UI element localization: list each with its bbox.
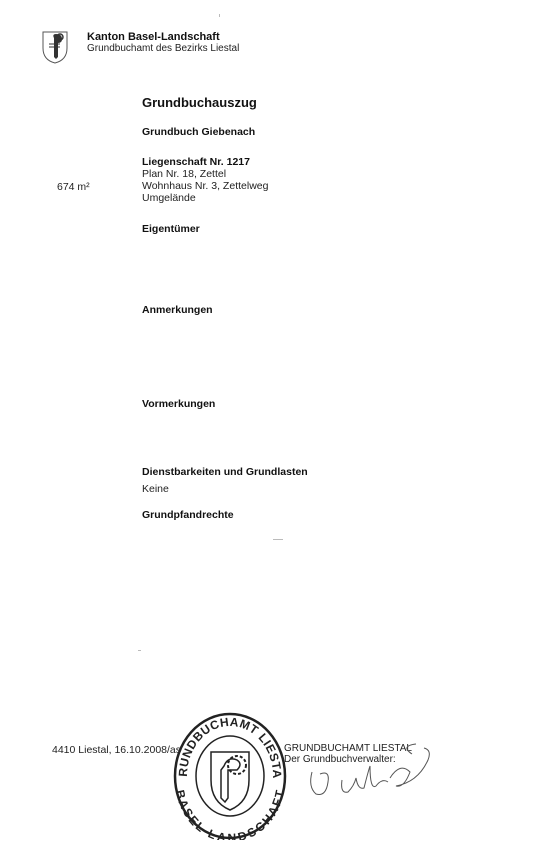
svg-text:BASEL-LANDSCHAFT: BASEL-LANDSCHAFT	[173, 788, 287, 840]
property-building: Wohnhaus Nr. 3, Zettelweg	[142, 180, 268, 192]
property-plan: Plan Nr. 18, Zettel	[142, 168, 268, 180]
dienstbarkeiten-content: Keine	[142, 483, 169, 495]
document-title: Grundbuchauszug	[142, 95, 257, 110]
property-heading: Liegenschaft Nr. 1217	[142, 156, 268, 168]
scan-speck	[138, 650, 141, 651]
office-name: Grundbuchamt des Bezirks Liestal	[87, 43, 239, 54]
basel-crest-icon	[41, 30, 69, 64]
section-anmerkungen: Anmerkungen	[142, 304, 213, 316]
property-land: Umgelände	[142, 192, 268, 204]
svg-text:GRUNDBUCHAMT LIESTAL: GRUNDBUCHAMT LIESTAL	[173, 710, 284, 779]
canton-name: Kanton Basel-Landschaft	[87, 31, 220, 43]
section-grundpfandrechte: Grundpfandrechte	[142, 509, 234, 521]
section-eigentuemer: Eigentümer	[142, 223, 200, 235]
place-date: 4410 Liestal, 16.10.2008/as	[52, 744, 181, 756]
handwritten-signature-icon	[300, 742, 440, 802]
scan-speck	[219, 14, 220, 17]
official-seal-icon: GRUNDBUCHAMT LIESTAL BASEL-LANDSCHAFT	[173, 710, 287, 840]
section-vormerkungen: Vormerkungen	[142, 398, 215, 410]
scan-speck	[273, 539, 283, 540]
property-area: 674 m²	[57, 181, 90, 193]
property-block: Liegenschaft Nr. 1217 Plan Nr. 18, Zette…	[142, 156, 268, 204]
section-dienstbarkeiten: Dienstbarkeiten und Grundlasten	[142, 466, 308, 478]
grundbuch-name: Grundbuch Giebenach	[142, 126, 255, 138]
